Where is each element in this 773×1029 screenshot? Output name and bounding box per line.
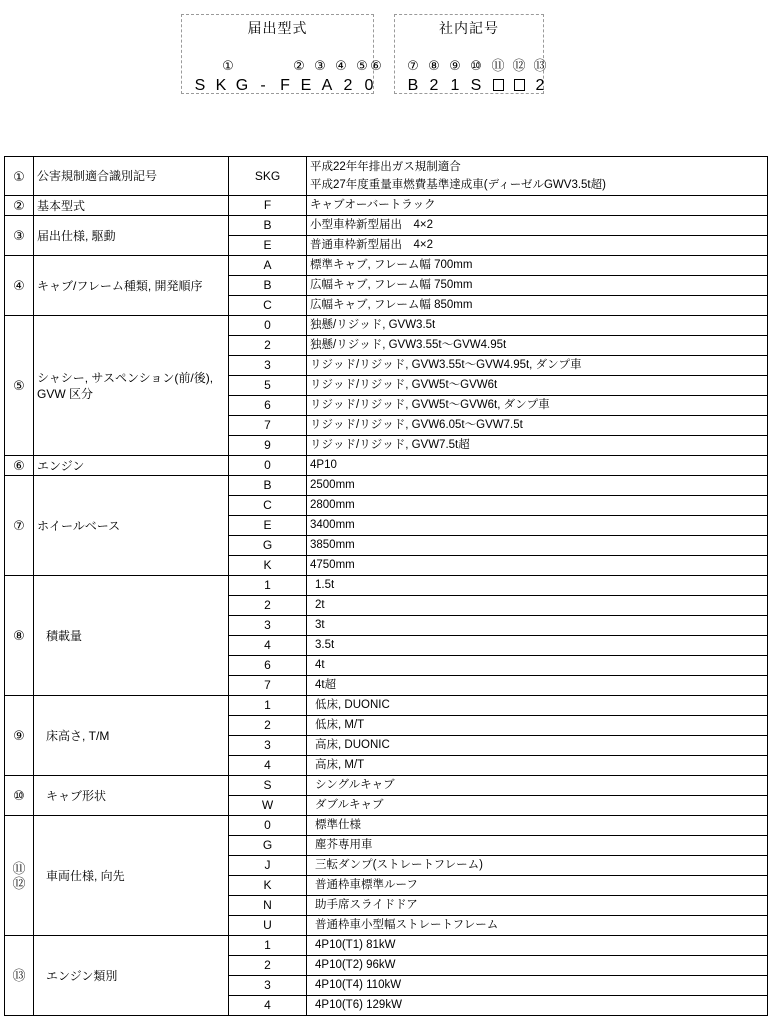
description-cell: 高床, DUONIC: [307, 736, 768, 756]
item-name-cell: エンジン: [34, 456, 229, 476]
code-cell: C: [229, 296, 307, 316]
description-cell: 4P10(T2) 96kW: [307, 956, 768, 976]
code-cell: A: [229, 256, 307, 276]
position-number-cell: ⑥: [5, 456, 34, 476]
description-cell: リジッド/リジッド, GVW7.5t超: [307, 436, 768, 456]
position-number: ⑥: [367, 59, 385, 75]
code-cell: 6: [229, 396, 307, 416]
description-cell: 低床, M/T: [307, 716, 768, 736]
position-number: ⑪: [489, 59, 507, 75]
table-row: ②基本型式Fキャブオーバートラック: [5, 196, 768, 216]
description-cell: 4P10(T4) 110kW: [307, 976, 768, 996]
description-cell: 三転ダンプ(ストレートフレーム): [307, 856, 768, 876]
code-cell: 0: [229, 316, 307, 336]
placeholder-square: [510, 77, 528, 95]
item-name-cell: 公害規制適合識別記号: [34, 157, 229, 196]
description-cell: 普通車枠新型届出 4×2: [307, 236, 768, 256]
code-cell: SKG: [229, 157, 307, 196]
position-number: ⑫: [510, 59, 528, 75]
table-row: ③届出仕様, 駆動B小型車枠新型届出 4×2: [5, 216, 768, 236]
code-cell: G: [229, 836, 307, 856]
table-row: ⑥エンジン04P10: [5, 456, 768, 476]
table-row: ⑬エンジン類別14P10(T1) 81kW: [5, 936, 768, 956]
table-row: ⑤シャシー, サスペンション(前/後), GVW 区分0独懸/リジッド, GVW…: [5, 316, 768, 336]
placeholder-square: [489, 77, 507, 95]
code-cell: 4: [229, 996, 307, 1016]
position-number-cell: ③: [5, 216, 34, 256]
internal-code-chars: B21S2: [395, 77, 543, 95]
code-char: 1: [446, 77, 464, 95]
item-name-cell: エンジン類別: [34, 936, 229, 1016]
description-cell: シングルキャブ: [307, 776, 768, 796]
position-number: ⑧: [425, 59, 443, 75]
code-char: 0: [360, 77, 378, 95]
description-cell: 4t: [307, 656, 768, 676]
position-number-cell: ⑬: [5, 936, 34, 1016]
description-cell: 4750mm: [307, 556, 768, 576]
description-cell: 広幅キャブ, フレーム幅 750mm: [307, 276, 768, 296]
description-cell: 2500mm: [307, 476, 768, 496]
code-char: 2: [531, 77, 549, 95]
code-cell: 1: [229, 696, 307, 716]
code-cell: G: [229, 536, 307, 556]
description-cell: リジッド/リジッド, GVW3.55t～GVW4.95t, ダンプ車: [307, 356, 768, 376]
code-char: -: [254, 77, 272, 95]
position-number: ⑩: [467, 59, 485, 75]
item-name-cell: キャブ/フレーム種類, 開発順序: [34, 256, 229, 316]
internal-code-title: 社内記号: [395, 18, 543, 38]
description-cell: 普通枠車小型幅ストレートフレーム: [307, 916, 768, 936]
model-code-spec-table: ①公害規制適合識別記号SKG平成22年年排出ガス規制適合平成27年度重量車燃費基…: [4, 156, 768, 1016]
code-cell: 2: [229, 716, 307, 736]
position-number: ②: [290, 59, 308, 75]
item-name-cell: 届出仕様, 駆動: [34, 216, 229, 256]
code-char: S: [467, 77, 485, 95]
item-name-cell: 車両仕様, 向先: [34, 816, 229, 936]
position-numbers: ⑦⑧⑨⑩⑪⑫⑬: [395, 59, 543, 75]
position-number-cell: ⑩: [5, 776, 34, 816]
description-cell: 1.5t: [307, 576, 768, 596]
description-cell: 3400mm: [307, 516, 768, 536]
code-cell: 0: [229, 816, 307, 836]
item-name-cell: シャシー, サスペンション(前/後), GVW 区分: [34, 316, 229, 456]
description-cell: 3t: [307, 616, 768, 636]
code-cell: 2: [229, 336, 307, 356]
description-cell: 平成22年年排出ガス規制適合平成27年度重量車燃費基準達成車(ディーゼルGWV3…: [307, 157, 768, 196]
code-char: 2: [339, 77, 357, 95]
registration-model-box: 届出型式 ①②③④⑤⑥ SKG-FEA20: [181, 14, 374, 94]
code-cell: U: [229, 916, 307, 936]
description-cell: 独懸/リジッド, GVW3.55t～GVW4.95t: [307, 336, 768, 356]
code-cell: B: [229, 276, 307, 296]
code-cell: 2: [229, 596, 307, 616]
position-number-cell: ⑪⑫: [5, 816, 34, 936]
code-char: F: [276, 77, 294, 95]
description-cell: リジッド/リジッド, GVW5t～GVW6t: [307, 376, 768, 396]
description-cell: 普通枠車標準ルーフ: [307, 876, 768, 896]
description-cell: 3850mm: [307, 536, 768, 556]
table-row: ⑦ホイールベースB2500mm: [5, 476, 768, 496]
code-cell: W: [229, 796, 307, 816]
code-cell: 2: [229, 956, 307, 976]
description-cell: 2t: [307, 596, 768, 616]
code-char: K: [212, 77, 230, 95]
position-number-cell: ⑤: [5, 316, 34, 456]
description-cell: 助手席スライドドア: [307, 896, 768, 916]
description-cell: リジッド/リジッド, GVW6.05t～GVW7.5t: [307, 416, 768, 436]
code-cell: K: [229, 556, 307, 576]
code-char: S: [191, 77, 209, 95]
position-number: ③: [311, 59, 329, 75]
code-cell: B: [229, 216, 307, 236]
position-number: ④: [332, 59, 350, 75]
description-cell: 標準仕様: [307, 816, 768, 836]
item-name-cell: 積載量: [34, 576, 229, 696]
position-number-cell: ⑨: [5, 696, 34, 776]
code-cell: 3: [229, 356, 307, 376]
table-row: ①公害規制適合識別記号SKG平成22年年排出ガス規制適合平成27年度重量車燃費基…: [5, 157, 768, 196]
item-name-cell: 基本型式: [34, 196, 229, 216]
internal-code-box: 社内記号 ⑦⑧⑨⑩⑪⑫⑬ B21S2: [394, 14, 544, 94]
code-cell: F: [229, 196, 307, 216]
code-cell: 7: [229, 416, 307, 436]
position-number: ①: [219, 59, 237, 75]
code-cell: N: [229, 896, 307, 916]
position-number: ⑬: [531, 59, 549, 75]
item-name-cell: ホイールベース: [34, 476, 229, 576]
code-cell: J: [229, 856, 307, 876]
description-cell: 独懸/リジッド, GVW3.5t: [307, 316, 768, 336]
code-cell: 7: [229, 676, 307, 696]
table-row: ⑩キャブ形状Sシングルキャブ: [5, 776, 768, 796]
description-cell: 低床, DUONIC: [307, 696, 768, 716]
description-cell: キャブオーバートラック: [307, 196, 768, 216]
description-cell: 2800mm: [307, 496, 768, 516]
code-cell: 1: [229, 576, 307, 596]
position-number-cell: ④: [5, 256, 34, 316]
table-row: ⑧積載量11.5t: [5, 576, 768, 596]
position-number-cell: ②: [5, 196, 34, 216]
description-cell: 小型車枠新型届出 4×2: [307, 216, 768, 236]
code-cell: 9: [229, 436, 307, 456]
description-cell: 標準キャブ, フレーム幅 700mm: [307, 256, 768, 276]
code-cell: 0: [229, 456, 307, 476]
table-row: ④キャブ/フレーム種類, 開発順序A標準キャブ, フレーム幅 700mm: [5, 256, 768, 276]
code-cell: 3: [229, 976, 307, 996]
code-char: 2: [425, 77, 443, 95]
code-cell: B: [229, 476, 307, 496]
code-cell: E: [229, 236, 307, 256]
description-cell: 4P10: [307, 456, 768, 476]
registration-model-title: 届出型式: [182, 18, 373, 38]
description-cell: 4P10(T1) 81kW: [307, 936, 768, 956]
code-cell: C: [229, 496, 307, 516]
position-number-cell: ①: [5, 157, 34, 196]
description-cell: 4P10(T6) 129kW: [307, 996, 768, 1016]
position-number-cell: ⑦: [5, 476, 34, 576]
code-char: A: [318, 77, 336, 95]
position-numbers: ①②③④⑤⑥: [182, 59, 373, 75]
code-cell: E: [229, 516, 307, 536]
description-cell: 4t超: [307, 676, 768, 696]
code-char: E: [297, 77, 315, 95]
description-cell: リジッド/リジッド, GVW5t～GVW6t, ダンプ車: [307, 396, 768, 416]
code-cell: 4: [229, 756, 307, 776]
position-number: ⑦: [404, 59, 422, 75]
position-number-cell: ⑧: [5, 576, 34, 696]
item-name-cell: 床高さ, T/M: [34, 696, 229, 776]
position-number: ⑨: [446, 59, 464, 75]
description-cell: 塵芥専用車: [307, 836, 768, 856]
code-char: B: [404, 77, 422, 95]
table-row: ⑪⑫車両仕様, 向先0標準仕様: [5, 816, 768, 836]
code-cell: 5: [229, 376, 307, 396]
code-cell: 6: [229, 656, 307, 676]
code-cell: K: [229, 876, 307, 896]
code-cell: S: [229, 776, 307, 796]
description-cell: 広幅キャブ, フレーム幅 850mm: [307, 296, 768, 316]
table-row: ⑨床高さ, T/M1低床, DUONIC: [5, 696, 768, 716]
model-code-chars: SKG-FEA20: [182, 77, 373, 95]
code-cell: 3: [229, 616, 307, 636]
description-cell: 高床, M/T: [307, 756, 768, 776]
description-cell: 3.5t: [307, 636, 768, 656]
description-cell: ダブルキャブ: [307, 796, 768, 816]
item-name-cell: キャブ形状: [34, 776, 229, 816]
code-cell: 4: [229, 636, 307, 656]
code-cell: 1: [229, 936, 307, 956]
code-cell: 3: [229, 736, 307, 756]
code-char: G: [233, 77, 251, 95]
